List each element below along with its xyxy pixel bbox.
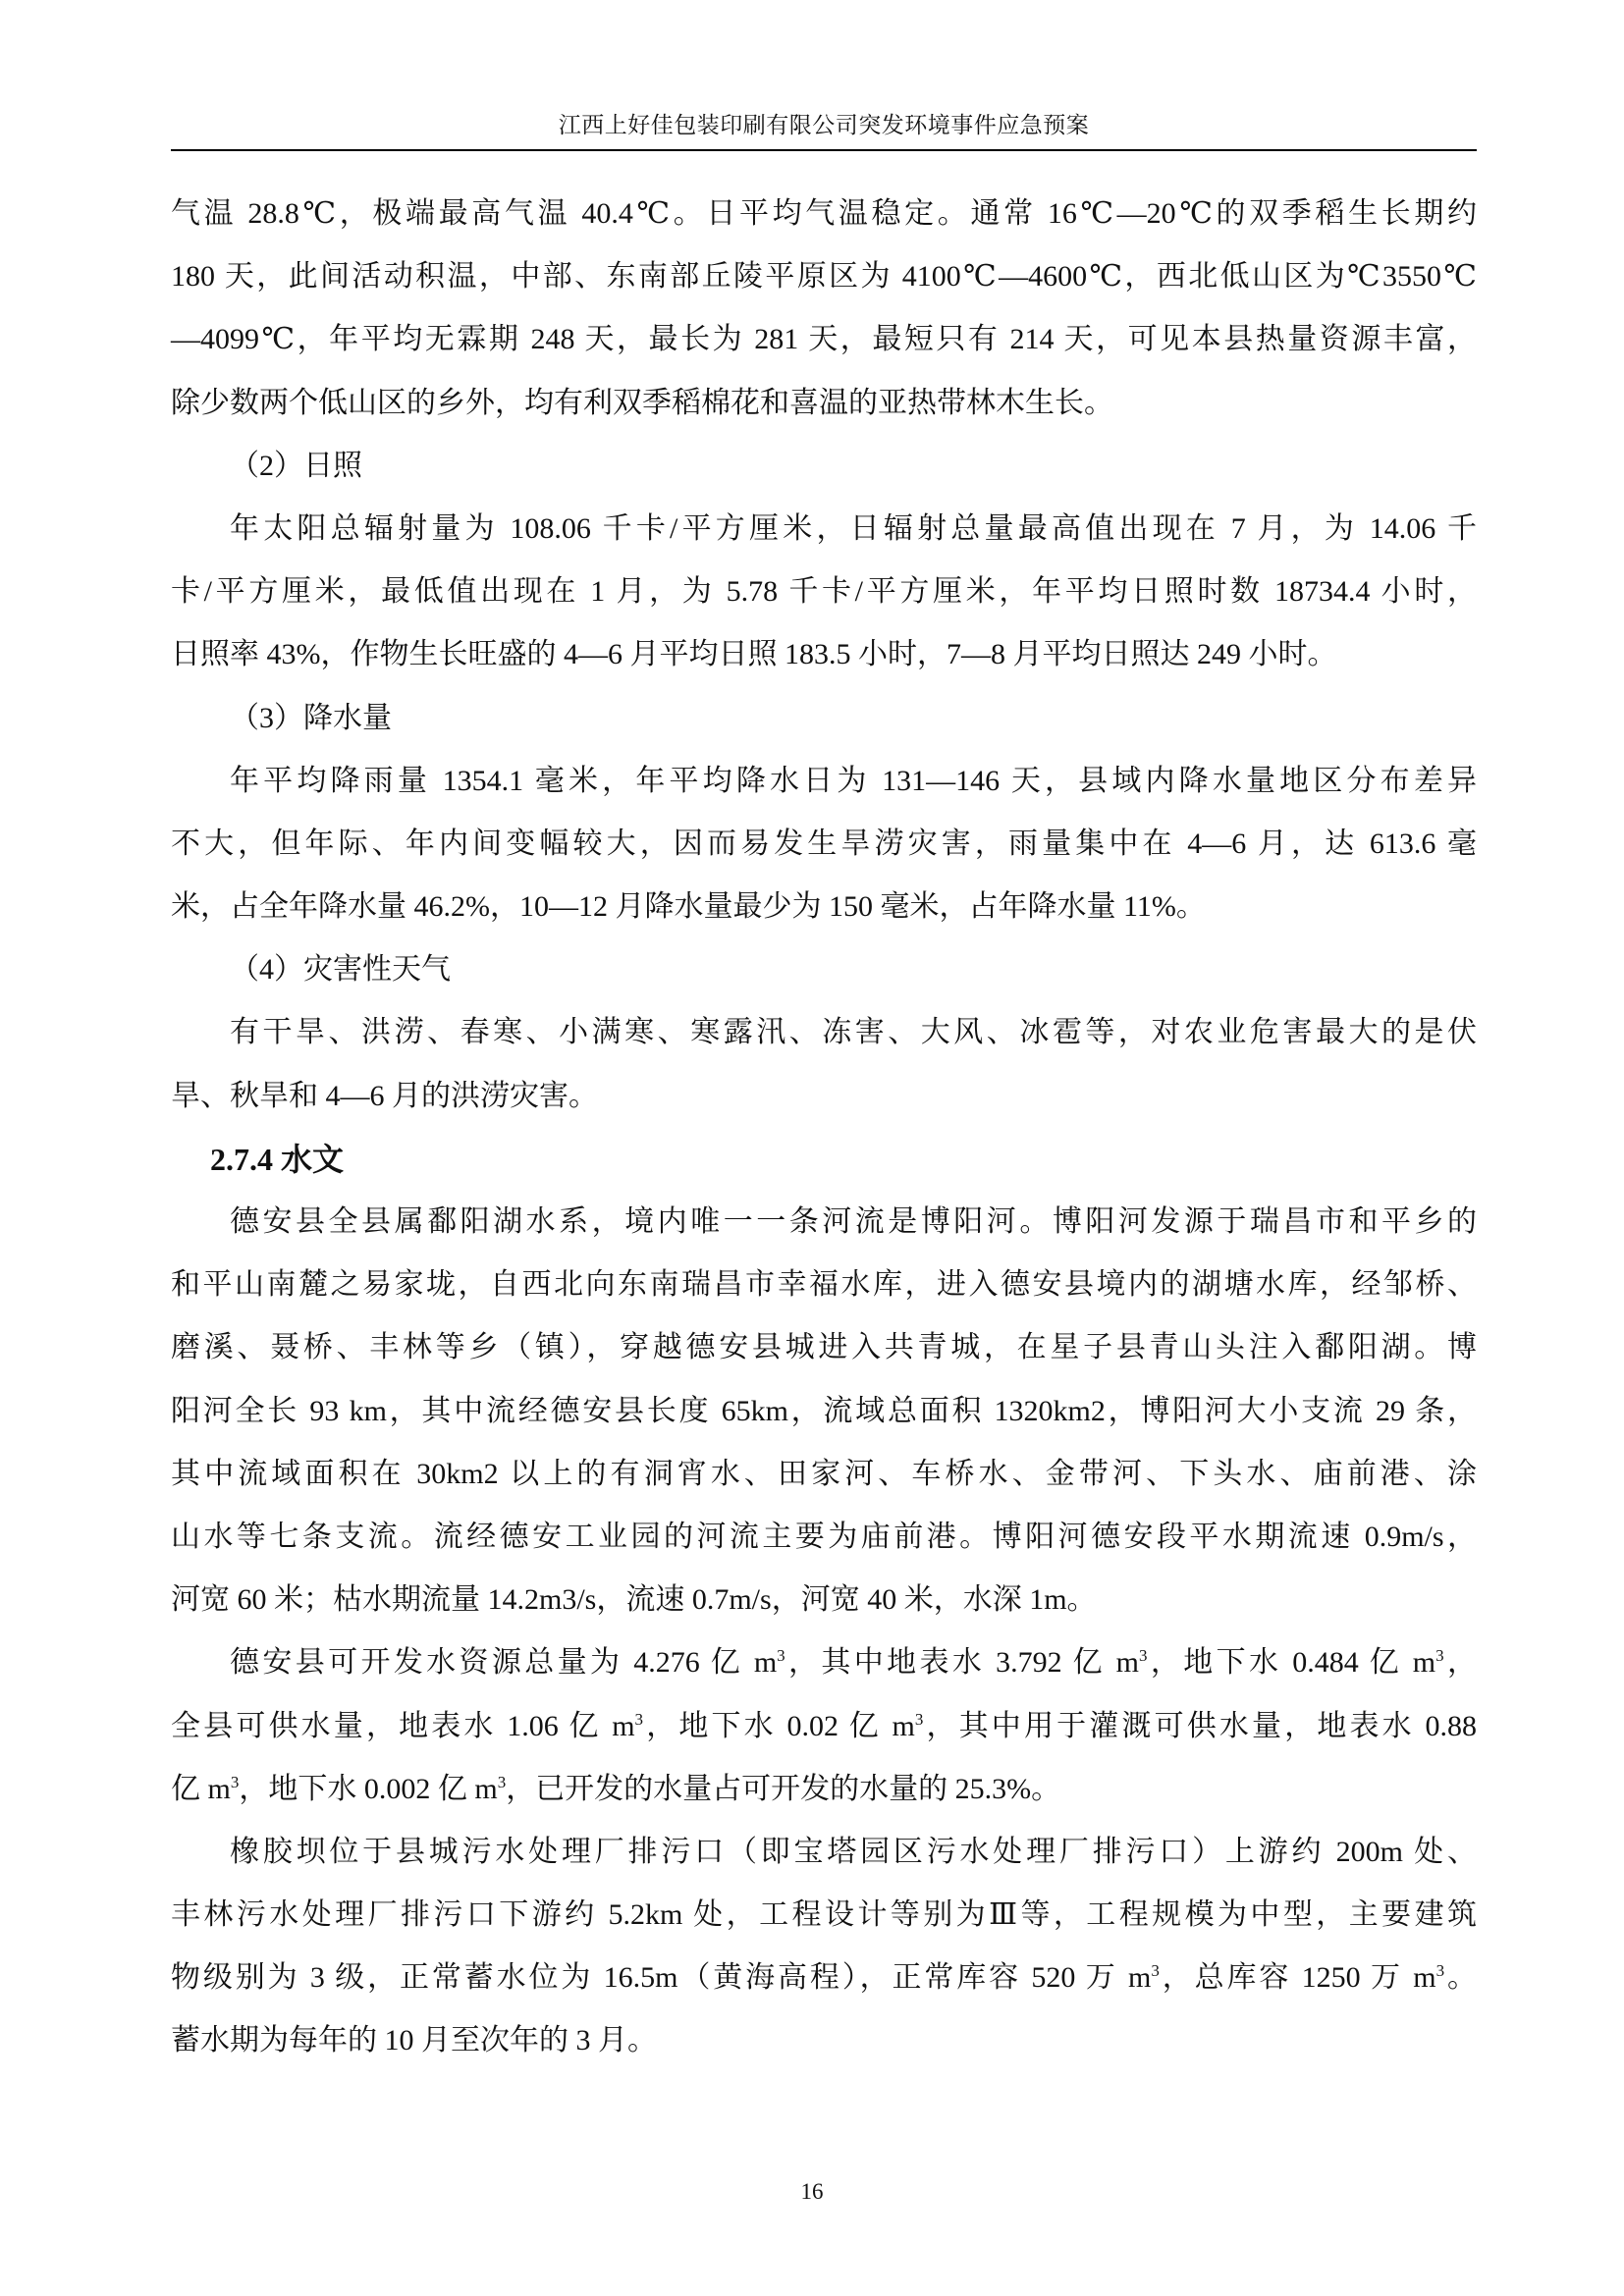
text-run: ，已开发的水量占可开发的水量的 25.3%。: [506, 1773, 1060, 1805]
paragraph-line: 物级别为 3 级，正常蓄水位为 16.5m（黄海高程），正常库容 520 万 m…: [171, 1947, 1477, 2009]
paragraph-line: —4099℃，年平均无霖期 248 天，最长为 281 天，最短只有 214 天…: [171, 308, 1477, 371]
disaster-weather-paragraph: 有干旱、洪涝、春寒、小满寒、寒露汛、冻害、大风、冰雹等，对农业危害最大的是伏 旱…: [171, 1001, 1477, 1127]
paragraph-line: 卡/平方厘米，最低值出现在 1 月，为 5.78 千卡/平方厘米，年平均日照时数…: [171, 561, 1477, 623]
paragraph-line: 年太阳总辐射量为 108.06 千卡/平方厘米，日辐射总量最高值出现在 7 月，…: [171, 498, 1477, 561]
text-run: ，地下水 0.002 亿 m: [239, 1773, 497, 1805]
text-run: ，地下水 0.484 亿 m: [1148, 1646, 1436, 1679]
superscript: 3: [635, 1710, 644, 1729]
text-run: 德安县可开发水资源总量为 4.276 亿 m: [230, 1646, 777, 1679]
text-run: ，其中地表水 3.792 亿 m: [785, 1646, 1139, 1679]
paragraph-line: 旱、秋旱和 4—6 月的洪涝灾害。: [171, 1065, 1477, 1128]
paragraph-line: 和平山南麓之易家垅，自西北向东南瑞昌市幸福水库，进入德安县境内的湖塘水库，经邹桥…: [171, 1254, 1477, 1316]
text-run: 物级别为 3 级，正常蓄水位为 16.5m（黄海高程），正常库容 520 万 m: [171, 1961, 1151, 1994]
paragraph-line: 全县可供水量，地表水 1.06 亿 m3，地下水 0.02 亿 m3，其中用于灌…: [171, 1695, 1477, 1758]
page-header-title: 江西上好佳包装印刷有限公司突发环境事件应急预案: [171, 110, 1477, 141]
header-divider: [171, 149, 1477, 151]
paragraph-line: 180 天，此间活动积温，中部、东南部丘陵平原区为 4100℃—4600℃，西北…: [171, 245, 1477, 308]
paragraph-line: 德安县全县属鄱阳湖水系，境内唯一一条河流是博阳河。博阳河发源于瑞昌市和平乡的: [171, 1191, 1477, 1254]
superscript: 3: [1435, 1646, 1444, 1665]
text-run: ，总库容 1250 万 m: [1160, 1961, 1436, 1994]
subheading-disaster-weather: （4）灾害性天气: [171, 938, 1477, 1001]
subheading-sunshine: （2）日照: [171, 435, 1477, 498]
paragraph-line: 年平均降雨量 1354.1 毫米，年平均降水日为 131—146 天，县域内降水…: [171, 750, 1477, 813]
text-run: 。: [1444, 1961, 1477, 1994]
paragraph-line: 有干旱、洪涝、春寒、小满寒、寒露汛、冻害、大风、冰雹等，对农业危害最大的是伏: [171, 1001, 1477, 1064]
paragraph-line: 其中流域面积在 30km2 以上的有洞宵水、田家河、车桥水、金带河、下头水、庙前…: [171, 1443, 1477, 1506]
document-body: 气温 28.8℃，极端最高气温 40.4℃。日平均气温稳定。通常 16℃—20℃…: [171, 183, 1477, 2073]
paragraph-line: 亿 m3，地下水 0.002 亿 m3，已开发的水量占可开发的水量的 25.3%…: [171, 1758, 1477, 1821]
text-run: 丰林污水处理厂排污口下游约 5.2km 处，工程设计等别为Ⅲ等，工程规模为中型，…: [171, 1898, 1477, 1931]
superscript: 3: [777, 1646, 785, 1665]
superscript: 3: [1151, 1961, 1160, 1980]
paragraph-line: 气温 28.8℃，极端最高气温 40.4℃。日平均气温稳定。通常 16℃—20℃…: [171, 183, 1477, 245]
page-number: 16: [0, 2177, 1624, 2207]
paragraph-line: 橡胶坝位于县城污水处理厂排污口（即宝塔园区污水处理厂排污口）上游约 200m 处…: [171, 1821, 1477, 1884]
text-run: ，其中用于灌溉可供水量，地表水 0.88: [923, 1710, 1477, 1742]
superscript: 3: [498, 1773, 507, 1791]
sunshine-paragraph: 年太阳总辐射量为 108.06 千卡/平方厘米，日辐射总量最高值出现在 7 月，…: [171, 498, 1477, 687]
paragraph-line: 米，占全年降水量 46.2%，10—12 月降水量最少为 150 毫米，占年降水…: [171, 876, 1477, 938]
paragraph-line: 除少数两个低山区的乡外，均有利双季稻棉花和喜温的亚热带林木生长。: [171, 372, 1477, 435]
subheading-precipitation: （3）降水量: [171, 687, 1477, 750]
paragraph-line: 日照率 43%，作物生长旺盛的 4—6 月平均日照 183.5 小时，7—8 月…: [171, 623, 1477, 686]
temperature-paragraph: 气温 28.8℃，极端最高气温 40.4℃。日平均气温稳定。通常 16℃—20℃…: [171, 183, 1477, 435]
paragraph-line: 德安县可开发水资源总量为 4.276 亿 m3，其中地表水 3.792 亿 m3…: [171, 1631, 1477, 1694]
paragraph-line: 不大，但年际、年内间变幅较大，因而易发生旱涝灾害，雨量集中在 4—6 月，达 6…: [171, 813, 1477, 876]
hydrology-paragraph-3: 橡胶坝位于县城污水处理厂排污口（即宝塔园区污水处理厂排污口）上游约 200m 处…: [171, 1821, 1477, 2073]
section-heading-hydrology: 2.7.4 水文: [171, 1128, 1477, 1191]
hydrology-paragraph-1: 德安县全县属鄱阳湖水系，境内唯一一条河流是博阳河。博阳河发源于瑞昌市和平乡的 和…: [171, 1191, 1477, 1631]
paragraph-line: 磨溪、聂桥、丰林等乡（镇），穿越德安县城进入共青城，在星子县青山头注入鄱阳湖。博: [171, 1316, 1477, 1379]
paragraph-line: 丰林污水处理厂排污口下游约 5.2km 处，工程设计等别为Ⅲ等，工程规模为中型，…: [171, 1884, 1477, 1947]
paragraph-line: 山水等七条支流。流经德安工业园的河流主要为庙前港。博阳河德安段平水期流速 0.9…: [171, 1506, 1477, 1569]
superscript: 3: [1139, 1646, 1148, 1665]
paragraph-line: 蓄水期为每年的 10 月至次年的 3 月。: [171, 2009, 1477, 2072]
paragraph-line: 阳河全长 93 km，其中流经德安县长度 65km，流域总面积 1320km2，…: [171, 1380, 1477, 1443]
text-run: 全县可供水量，地表水 1.06 亿 m: [171, 1710, 635, 1742]
superscript: 3: [1436, 1961, 1445, 1980]
text-run: 亿 m: [171, 1773, 231, 1805]
text-run: 蓄水期为每年的 10 月至次年的 3 月。: [171, 2024, 657, 2056]
text-run: ，地下水 0.02 亿 m: [643, 1710, 915, 1742]
paragraph-line: 河宽 60 米；枯水期流量 14.2m3/s，流速 0.7m/s，河宽 40 米…: [171, 1569, 1477, 1631]
hydrology-paragraph-2: 德安县可开发水资源总量为 4.276 亿 m3，其中地表水 3.792 亿 m3…: [171, 1631, 1477, 1821]
precipitation-paragraph: 年平均降雨量 1354.1 毫米，年平均降水日为 131—146 天，县域内降水…: [171, 750, 1477, 939]
text-run: ，: [1444, 1646, 1477, 1679]
text-run: 橡胶坝位于县城污水处理厂排污口（即宝塔园区污水处理厂排污口）上游约 200m 处…: [230, 1836, 1477, 1868]
